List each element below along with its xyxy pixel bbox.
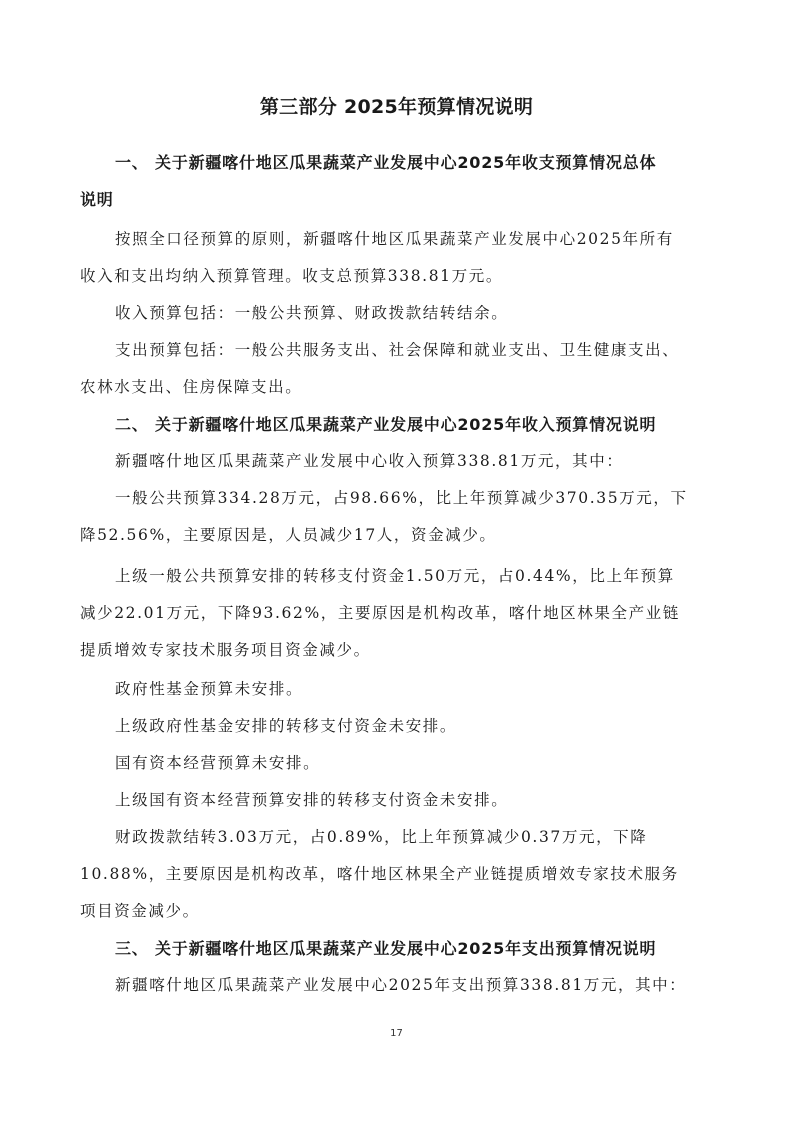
page-number: 17 bbox=[0, 1028, 793, 1039]
paragraph: 按照全口径预算的原则，新疆喀什地区瓜果蔬菜产业发展中心2025年所有 bbox=[115, 227, 755, 249]
section-1-heading-cont: 说明 bbox=[80, 187, 720, 210]
paragraph: 新疆喀什地区瓜果蔬菜产业发展中心2025年支出预算338.81万元，其中： bbox=[115, 973, 755, 995]
paragraph: 上级政府性基金安排的转移支付资金未安排。 bbox=[115, 714, 755, 736]
paragraph: 10.88%，主要原因是机构改革，喀什地区林果全产业链提质增效专家技术服务 bbox=[80, 862, 720, 884]
paragraph: 降52.56%，主要原因是，人员减少17人，资金减少。 bbox=[80, 523, 720, 545]
document-page: 第三部分 2025年预算情况说明 一、 关于新疆喀什地区瓜果蔬菜产业发展中心20… bbox=[0, 0, 793, 1122]
paragraph: 项目资金减少。 bbox=[80, 899, 720, 921]
paragraph: 上级国有资本经营预算安排的转移支付资金未安排。 bbox=[115, 788, 755, 810]
paragraph: 财政拨款结转3.03万元，占0.89%，比上年预算减少0.37万元，下降 bbox=[115, 825, 755, 847]
paragraph: 提质增效专家技术服务项目资金减少。 bbox=[80, 638, 720, 660]
paragraph: 收入预算包括：一般公共预算、财政拨款结转结余。 bbox=[115, 301, 755, 323]
paragraph: 政府性基金预算未安排。 bbox=[115, 677, 755, 699]
section-2-heading: 二、 关于新疆喀什地区瓜果蔬菜产业发展中心2025年收入预算情况说明 bbox=[115, 412, 755, 435]
page-title: 第三部分 2025年预算情况说明 bbox=[0, 92, 793, 119]
paragraph: 国有资本经营预算未安排。 bbox=[115, 751, 755, 773]
paragraph: 农林水支出、住房保障支出。 bbox=[80, 375, 720, 397]
paragraph: 上级一般公共预算安排的转移支付资金1.50万元，占0.44%，比上年预算 bbox=[115, 564, 755, 586]
paragraph: 支出预算包括：一般公共服务支出、社会保障和就业支出、卫生健康支出、 bbox=[115, 338, 755, 360]
paragraph: 收入和支出均纳入预算管理。收支总预算338.81万元。 bbox=[80, 264, 720, 286]
paragraph: 一般公共预算334.28万元，占98.66%，比上年预算减少370.35万元，下 bbox=[115, 486, 755, 508]
paragraph: 减少22.01万元，下降93.62%，主要原因是机构改革，喀什地区林果全产业链 bbox=[80, 601, 720, 623]
paragraph: 新疆喀什地区瓜果蔬菜产业发展中心收入预算338.81万元，其中： bbox=[115, 449, 755, 471]
section-3-heading: 三、 关于新疆喀什地区瓜果蔬菜产业发展中心2025年支出预算情况说明 bbox=[115, 936, 755, 959]
section-1-heading: 一、 关于新疆喀什地区瓜果蔬菜产业发展中心2025年收支预算情况总体 bbox=[115, 150, 755, 173]
